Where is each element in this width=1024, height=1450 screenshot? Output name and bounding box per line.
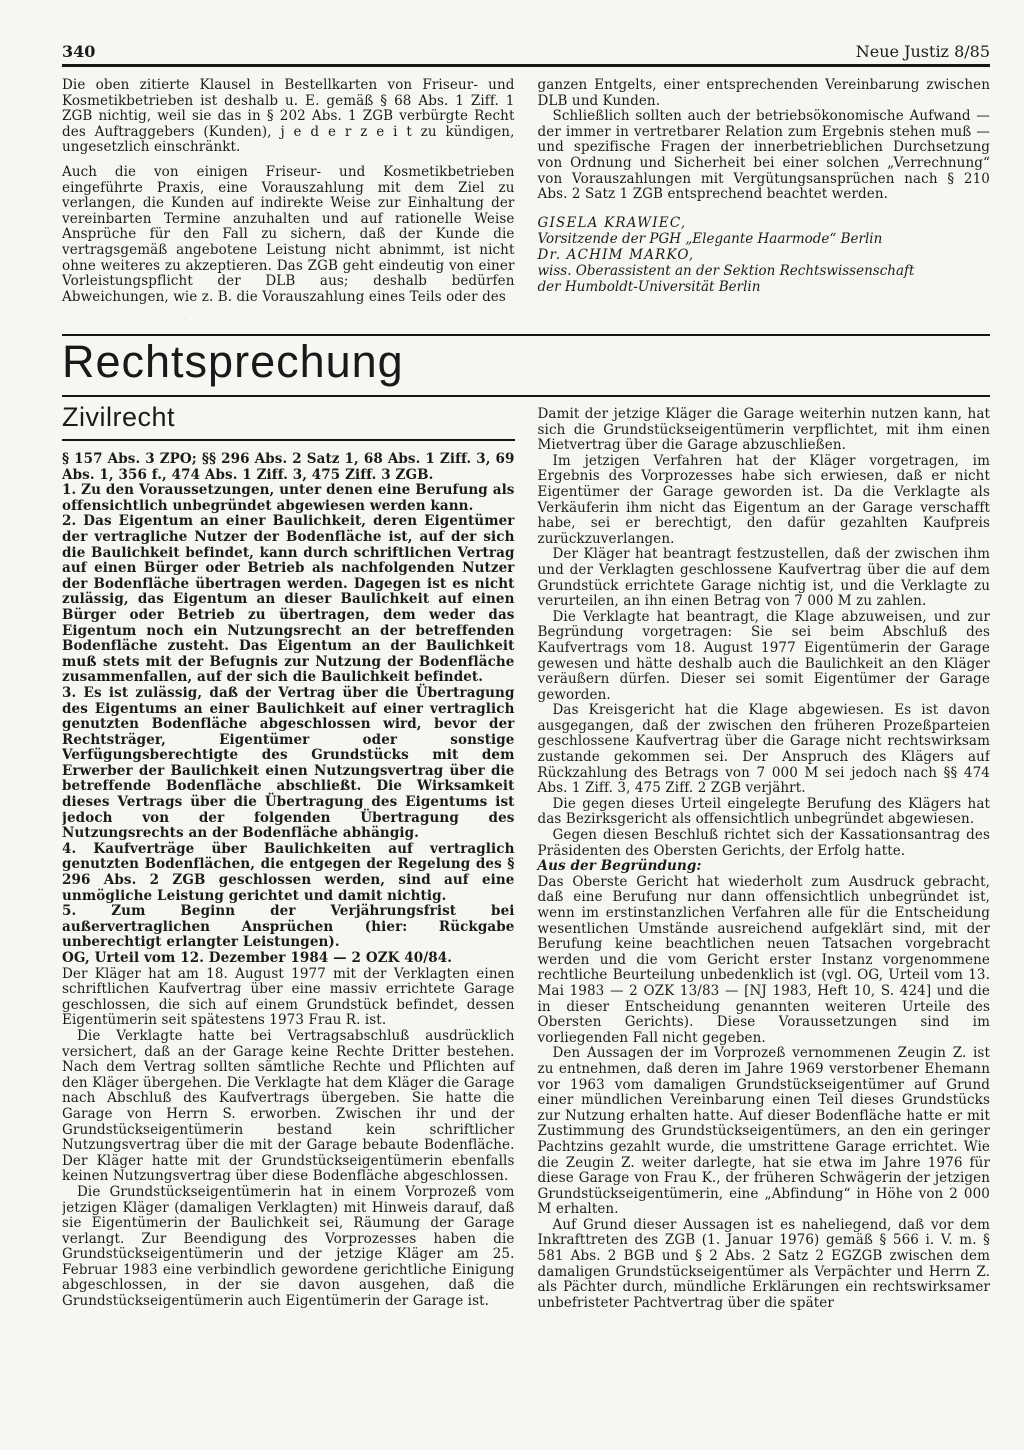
section-title: Rechtsprechung	[62, 338, 404, 386]
court-decision-line: OG, Urteil vom 12. Dezember 1984 — 2 OZK…	[62, 951, 515, 967]
author-role: der Humboldt-Universität Berlin	[538, 279, 991, 295]
paragraph: Im jetzigen Verfahren hat der Kläger vor…	[538, 454, 991, 548]
page-number: 340	[62, 42, 95, 61]
headnote: 5. Zum Beginn der Verjährungsfrist bei a…	[62, 904, 515, 951]
paragraph: Auf Grund dieser Aussagen ist es nahelie…	[538, 1218, 991, 1312]
paragraph: Die Verklagte hat beantragt, die Klage a…	[538, 610, 991, 704]
paragraph: Die gegen dieses Urteil eingelegte Beruf…	[538, 797, 991, 828]
paragraph: Gegen diesen Beschluß richtet sich der K…	[538, 828, 991, 859]
headnotes: 1. Zu den Voraussetzungen, unter denen e…	[62, 483, 515, 951]
case-section: Zivilrecht § 157 Abs. 3 ZPO; §§ 296 Abs.…	[62, 402, 990, 1410]
paragraph: Auch die von einigen Friseur- und Kosmet…	[62, 165, 515, 305]
paragraph: ganzen Entgelts, einer entsprechenden Ve…	[538, 78, 991, 109]
paragraph: Das Kreisgericht hat die Klage abgewiese…	[538, 703, 991, 797]
author-role: wiss. Oberassistent an der Sektion Recht…	[538, 263, 991, 279]
headnote: 4. Kaufverträge über Baulichkeiten auf v…	[62, 842, 515, 904]
paragraph: Die Verklagte hatte bei Vertragsabschluß…	[62, 1029, 515, 1185]
paragraph: Das Oberste Gericht hat wiederholt zum A…	[538, 875, 991, 1047]
author-name: Dr. ACHIM MARKO,	[538, 247, 991, 263]
case-left-column: Zivilrecht § 157 Abs. 3 ZPO; §§ 296 Abs.…	[62, 402, 515, 1410]
paragraph: Der Kläger hat beantragt festzustellen, …	[538, 547, 991, 609]
paragraph: Die oben zitierte Klausel in Bestellkart…	[62, 78, 515, 156]
paragraph: Schließlich sollten auch der betriebsöko…	[538, 109, 991, 203]
top-left-column: Die oben zitierte Klausel in Bestellkart…	[62, 78, 515, 332]
statute-citation: § 157 Abs. 3 ZPO; §§ 296 Abs. 2 Satz 1, …	[62, 452, 515, 483]
paragraph: Damit der jetzige Kläger die Garage weit…	[538, 407, 991, 454]
paragraph: Die Grundstückseigentümerin hat in einem…	[62, 1185, 515, 1310]
top-article-section: Die oben zitierte Klausel in Bestellkart…	[62, 78, 990, 332]
paragraph: Den Aussagen der im Vorprozeß vernommene…	[538, 1046, 991, 1218]
reasoning-heading: Aus der Begründung:	[538, 859, 991, 875]
subsection-title: Zivilrecht	[62, 402, 515, 441]
headnote: 1. Zu den Voraussetzungen, unter denen e…	[62, 483, 515, 514]
journal-title: Neue Justiz 8/85	[856, 42, 990, 61]
top-right-column: ganzen Entgelts, einer entsprechenden Ve…	[538, 78, 991, 332]
section-rule-bottom	[62, 395, 990, 397]
author-signature-block: GISELA KRAWIEC, Vorsitzende der PGH „Ele…	[538, 215, 991, 295]
headnote: 3. Es ist zulässig, daß der Vertrag über…	[62, 686, 515, 842]
header-rule	[62, 64, 990, 67]
author-role: Vorsitzende der PGH „Elegante Haarmode“ …	[538, 231, 991, 247]
page-header: 340 Neue Justiz 8/85	[62, 42, 990, 61]
author-name: GISELA KRAWIEC,	[538, 215, 991, 231]
journal-page: 340 Neue Justiz 8/85 Die oben zitierte K…	[0, 0, 1024, 1450]
headnote: 2. Das Eigentum an einer Baulichkeit, de…	[62, 514, 515, 686]
case-right-column: Damit der jetzige Kläger die Garage weit…	[538, 402, 991, 1410]
paragraph: Der Kläger hat am 18. August 1977 mit de…	[62, 967, 515, 1029]
